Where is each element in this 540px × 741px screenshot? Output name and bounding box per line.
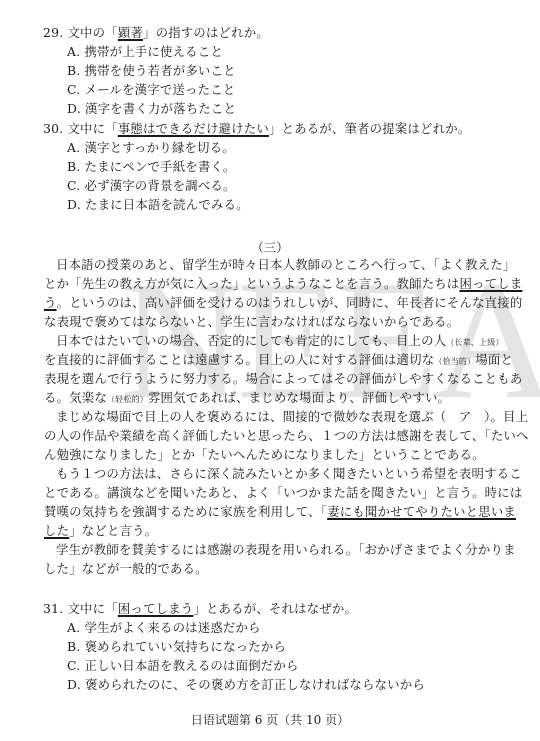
underlined-term: 顕著 [118, 25, 143, 40]
passage-line: 賛嘆の気持ちを強調するために家族を利用して、「妻にも聞かせてやりたいと思いま [44, 504, 516, 520]
passage-text: 日本ではたいていの場合、否定的にしても肯定的にしても、目上の人 [56, 333, 446, 348]
option-a[interactable]: A. 漢字とすっかり縁を切る。 [67, 140, 235, 156]
option-label: C. [67, 82, 80, 97]
option-c[interactable]: C. メールを漢字で送ったこと [67, 82, 235, 98]
option-label: A. [67, 44, 80, 59]
passage-line: を直接的に評価することは遠慮する。目上の人に対する評価は適切な（恰当的）場面と [44, 352, 513, 370]
option-text: 褒められたのに、その褒め方を訂正しなければならないから [85, 677, 425, 692]
passage-line: 表現を選んで行うように努力する。場合によってはその評価がしやすくなることもあ [44, 371, 522, 387]
option-text: 携帯が上手に使えること [84, 44, 223, 59]
option-text: 褒められていい気持ちになったから [85, 639, 286, 654]
passage-text: 」などと言う。 [69, 523, 157, 538]
option-b[interactable]: B. 褒められていい気持ちになったから [67, 639, 286, 655]
passage-text: とか「先生の教え方が気に入った」というようなことを言う。教師たちは [44, 276, 460, 291]
passage-text: 。というのは、高い評価を受けるのはうれしいが、同時に、年長者にそんな直接的 [57, 295, 523, 310]
option-label: D. [67, 101, 81, 116]
passage-line: とである。講演などを聞いたあと、よく「いつかまた話を聞きたい」と言う。時には [44, 485, 522, 501]
option-label: B. [67, 159, 80, 174]
annotation: （恰当的） [434, 357, 475, 366]
passage-text: を直接的に評価することは遠慮する。目上の人に対する評価は適切な [44, 352, 434, 367]
underlined-term: 困ってしまう [118, 601, 194, 616]
passage-text: る。気楽な [44, 390, 107, 405]
option-label: C. [67, 658, 80, 673]
question-29: 29. 文中の「顕著」の指すのはどれか。 [43, 25, 269, 41]
underlined-phrase: 困ってしま [460, 276, 523, 291]
question-text: 文中に「 [67, 121, 117, 136]
option-a[interactable]: A. 学生がよく来るのは迷惑だから [67, 620, 261, 636]
question-30: 30. 文中に「事態はできるだけ避けたい」とあるが、筆者の提案はどれか。 [43, 121, 470, 137]
option-label: D. [67, 197, 81, 212]
passage-text: 賛嘆の気持ちを強調するために家族を利用して、「 [44, 504, 327, 519]
question-text: 」の指すのはどれか。 [143, 25, 269, 40]
option-d[interactable]: D. 褒められたのに、その褒め方を訂正しなければならないから [67, 677, 425, 693]
passage-line: とか「先生の教え方が気に入った」というようなことを言う。教師たちは困ってしま [44, 276, 522, 292]
option-text: 必ず漢字の背景を調べる。 [85, 178, 236, 193]
option-text: 漢字を書く力が落ちたこと [85, 101, 236, 116]
passage-line: 日本語の授業のあと、留学生が時々日本人教師のところへ行って、「よく教えた」 [56, 257, 515, 273]
underlined-term: 事態はできるだけ避けたい [118, 121, 269, 136]
question-number: 29. [43, 25, 63, 40]
annotation: （轻松的） [107, 395, 148, 404]
option-b[interactable]: B. 携帯を使う若者が多いこと [67, 63, 236, 79]
option-text: 学生がよく来るのは迷惑だから [84, 620, 260, 635]
option-label: B. [67, 639, 80, 654]
passage-line: う。というのは、高い評価を受けるのはうれしいが、同時に、年長者にそんな直接的 [44, 295, 522, 311]
underlined-phrase: 妻にも聞かせてやりたいと思いま [327, 504, 516, 519]
passage-line: る。気楽な（轻松的）雰囲気であれば、まじめな場面より、評価しやすい。 [44, 390, 450, 408]
option-text: 正しい日本語を教えるのは面倒だから [85, 658, 299, 673]
option-label: D. [67, 677, 81, 692]
passage-line: した」などが一般的である。 [44, 561, 208, 577]
underlined-phrase: う [44, 295, 57, 310]
option-label: A. [67, 620, 80, 635]
exam-page: 29. 文中の「顕著」の指すのはどれか。 A. 携帯が上手に使えること B. 携… [0, 0, 540, 741]
passage-line: 日本ではたいていの場合、否定的にしても肯定的にしても、目上の人（长辈、上级） [56, 333, 504, 351]
option-text: たまに日本語を読んでみる。 [85, 197, 249, 212]
option-c[interactable]: C. 正しい日本語を教えるのは面倒だから [67, 658, 299, 674]
passage-line: ん勉強になりました」とか「たいへんためになりました」ということである。 [44, 447, 485, 463]
question-number: 31. [43, 601, 63, 616]
question-text: 文中の「 [67, 25, 117, 40]
passage-line: な表現で褒めてはならないと、学生に言わなければならないからである。 [44, 314, 459, 330]
option-label: A. [67, 140, 80, 155]
page-footer: 日语试题第 6 页（共 10 页） [0, 711, 540, 728]
option-text: 携帯を使う若者が多いこと [85, 63, 236, 78]
passage-line: した」などと言う。 [44, 523, 157, 539]
passage-line: まじめな場面で目上の人を褒めるには、間接的で微妙な表現を選ぶ（ ア ）。目上 [56, 409, 528, 425]
passage-line: もう１つの方法は、さらに深く読みたいとか多く聞きたいという希望を表明するこ [56, 466, 522, 482]
question-text: 」とあるが、それはなぜか。 [193, 601, 357, 616]
option-text: メールを漢字で送ったこと [85, 82, 236, 97]
passage-line: 学生が教師を賛美するには感謝の表現を用いられる。「おかげさまでよく分かりま [56, 542, 516, 558]
question-text: 文中に「 [67, 601, 117, 616]
underlined-phrase: した [44, 523, 69, 538]
question-number: 30. [43, 121, 63, 136]
passage-text: 場面と [475, 352, 513, 367]
passage-line: の人の作品や業績を高く評価したいと思ったら、１つの方法は感謝を表して、「たいへ [44, 428, 529, 444]
question-text: 」とあるが、筆者の提案はどれか。 [269, 121, 470, 136]
option-d[interactable]: D. 漢字を書く力が落ちたこと [67, 101, 236, 117]
passage-text: 雰囲気であれば、まじめな場面より、評価しやすい。 [148, 390, 450, 405]
option-a[interactable]: A. 携帯が上手に使えること [67, 44, 223, 60]
question-31: 31. 文中に「困ってしまう」とあるが、それはなぜか。 [43, 601, 357, 617]
option-label: C. [67, 178, 80, 193]
option-text: たまにペンで手紙を書く。 [85, 159, 236, 174]
section-title: （三） [0, 238, 540, 256]
option-c[interactable]: C. 必ず漢字の背景を調べる。 [67, 178, 236, 194]
option-b[interactable]: B. たまにペンで手紙を書く。 [67, 159, 235, 175]
option-label: B. [67, 63, 80, 78]
option-d[interactable]: D. たまに日本語を読んでみる。 [67, 197, 249, 213]
annotation: （长辈、上级） [446, 338, 503, 347]
option-text: 漢字とすっかり縁を切る。 [84, 140, 234, 155]
